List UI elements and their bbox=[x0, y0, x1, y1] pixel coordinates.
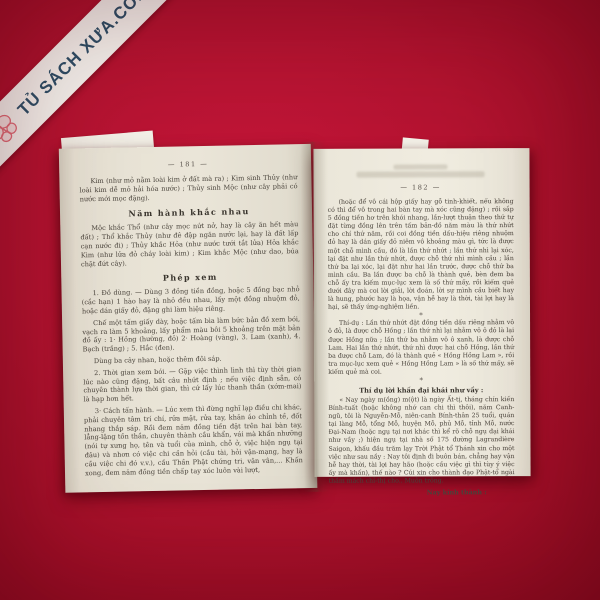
paragraph: 2. Thời gian xem bói. — Gặp việc thình l… bbox=[83, 365, 302, 404]
closing-line: Nay kính thành : bbox=[329, 488, 515, 497]
page-number-left: — 181 — bbox=[79, 158, 297, 170]
paragraph: Thí-dụ : Lần thứ nhứt đặt đồng tiền dấu … bbox=[328, 319, 514, 376]
butterfly-icon bbox=[0, 110, 23, 149]
paragraph: 3· Cách tấn hành. — Lúc xem thì đừng ngh… bbox=[84, 403, 303, 478]
showthrough-line bbox=[393, 164, 447, 169]
open-book: — 181 — Kim (như mỏ nằm loài kim ở đất m… bbox=[50, 123, 541, 501]
section-heading: Năm hành khắc nhau bbox=[80, 206, 298, 220]
paragraph: (hoặc để vô cái hộp giấy hay gỗ tinh-khi… bbox=[328, 198, 514, 312]
page-number-right: — 182 — bbox=[328, 183, 514, 192]
book-page-right: — 182 — (hoặc để vô cái hộp giấy hay gỗ … bbox=[313, 148, 530, 477]
example-heading: Thí dụ lời khấn đại khái như vầy : bbox=[328, 386, 514, 395]
paragraph: Dùng ba cây nhan, hoặc thêm đôi sáp. bbox=[83, 353, 301, 366]
photo-background: — 181 — Kim (như mỏ nằm loài kim ở đất m… bbox=[0, 0, 600, 600]
paragraph: Mộc khắc Thổ (như cây mọc nứt nở, hay là… bbox=[80, 221, 299, 269]
book-page-left: — 181 — Kim (như mỏ nằm loài kim ở đất m… bbox=[59, 144, 318, 493]
paragraph: Chế một tấm giấy dày, hoặc tấm bìa làm b… bbox=[82, 315, 301, 354]
asterisk-separator: * bbox=[328, 378, 514, 384]
section-heading: Phép xem bbox=[81, 271, 299, 285]
showthrough-line bbox=[357, 171, 485, 177]
paragraph: « Nay ngày m(ồng) m(ột) là ngày Ất-tị, t… bbox=[328, 396, 514, 486]
watermark-text: TỦ SÁCH XƯA.COM bbox=[14, 0, 154, 120]
paragraph: Kim (như mỏ nằm loài kim ở đất mà ra) ; … bbox=[79, 173, 297, 204]
paragraph: 1. Đồ dùng. — Dùng 3 đồng tiền đồng, hoặ… bbox=[82, 286, 300, 317]
